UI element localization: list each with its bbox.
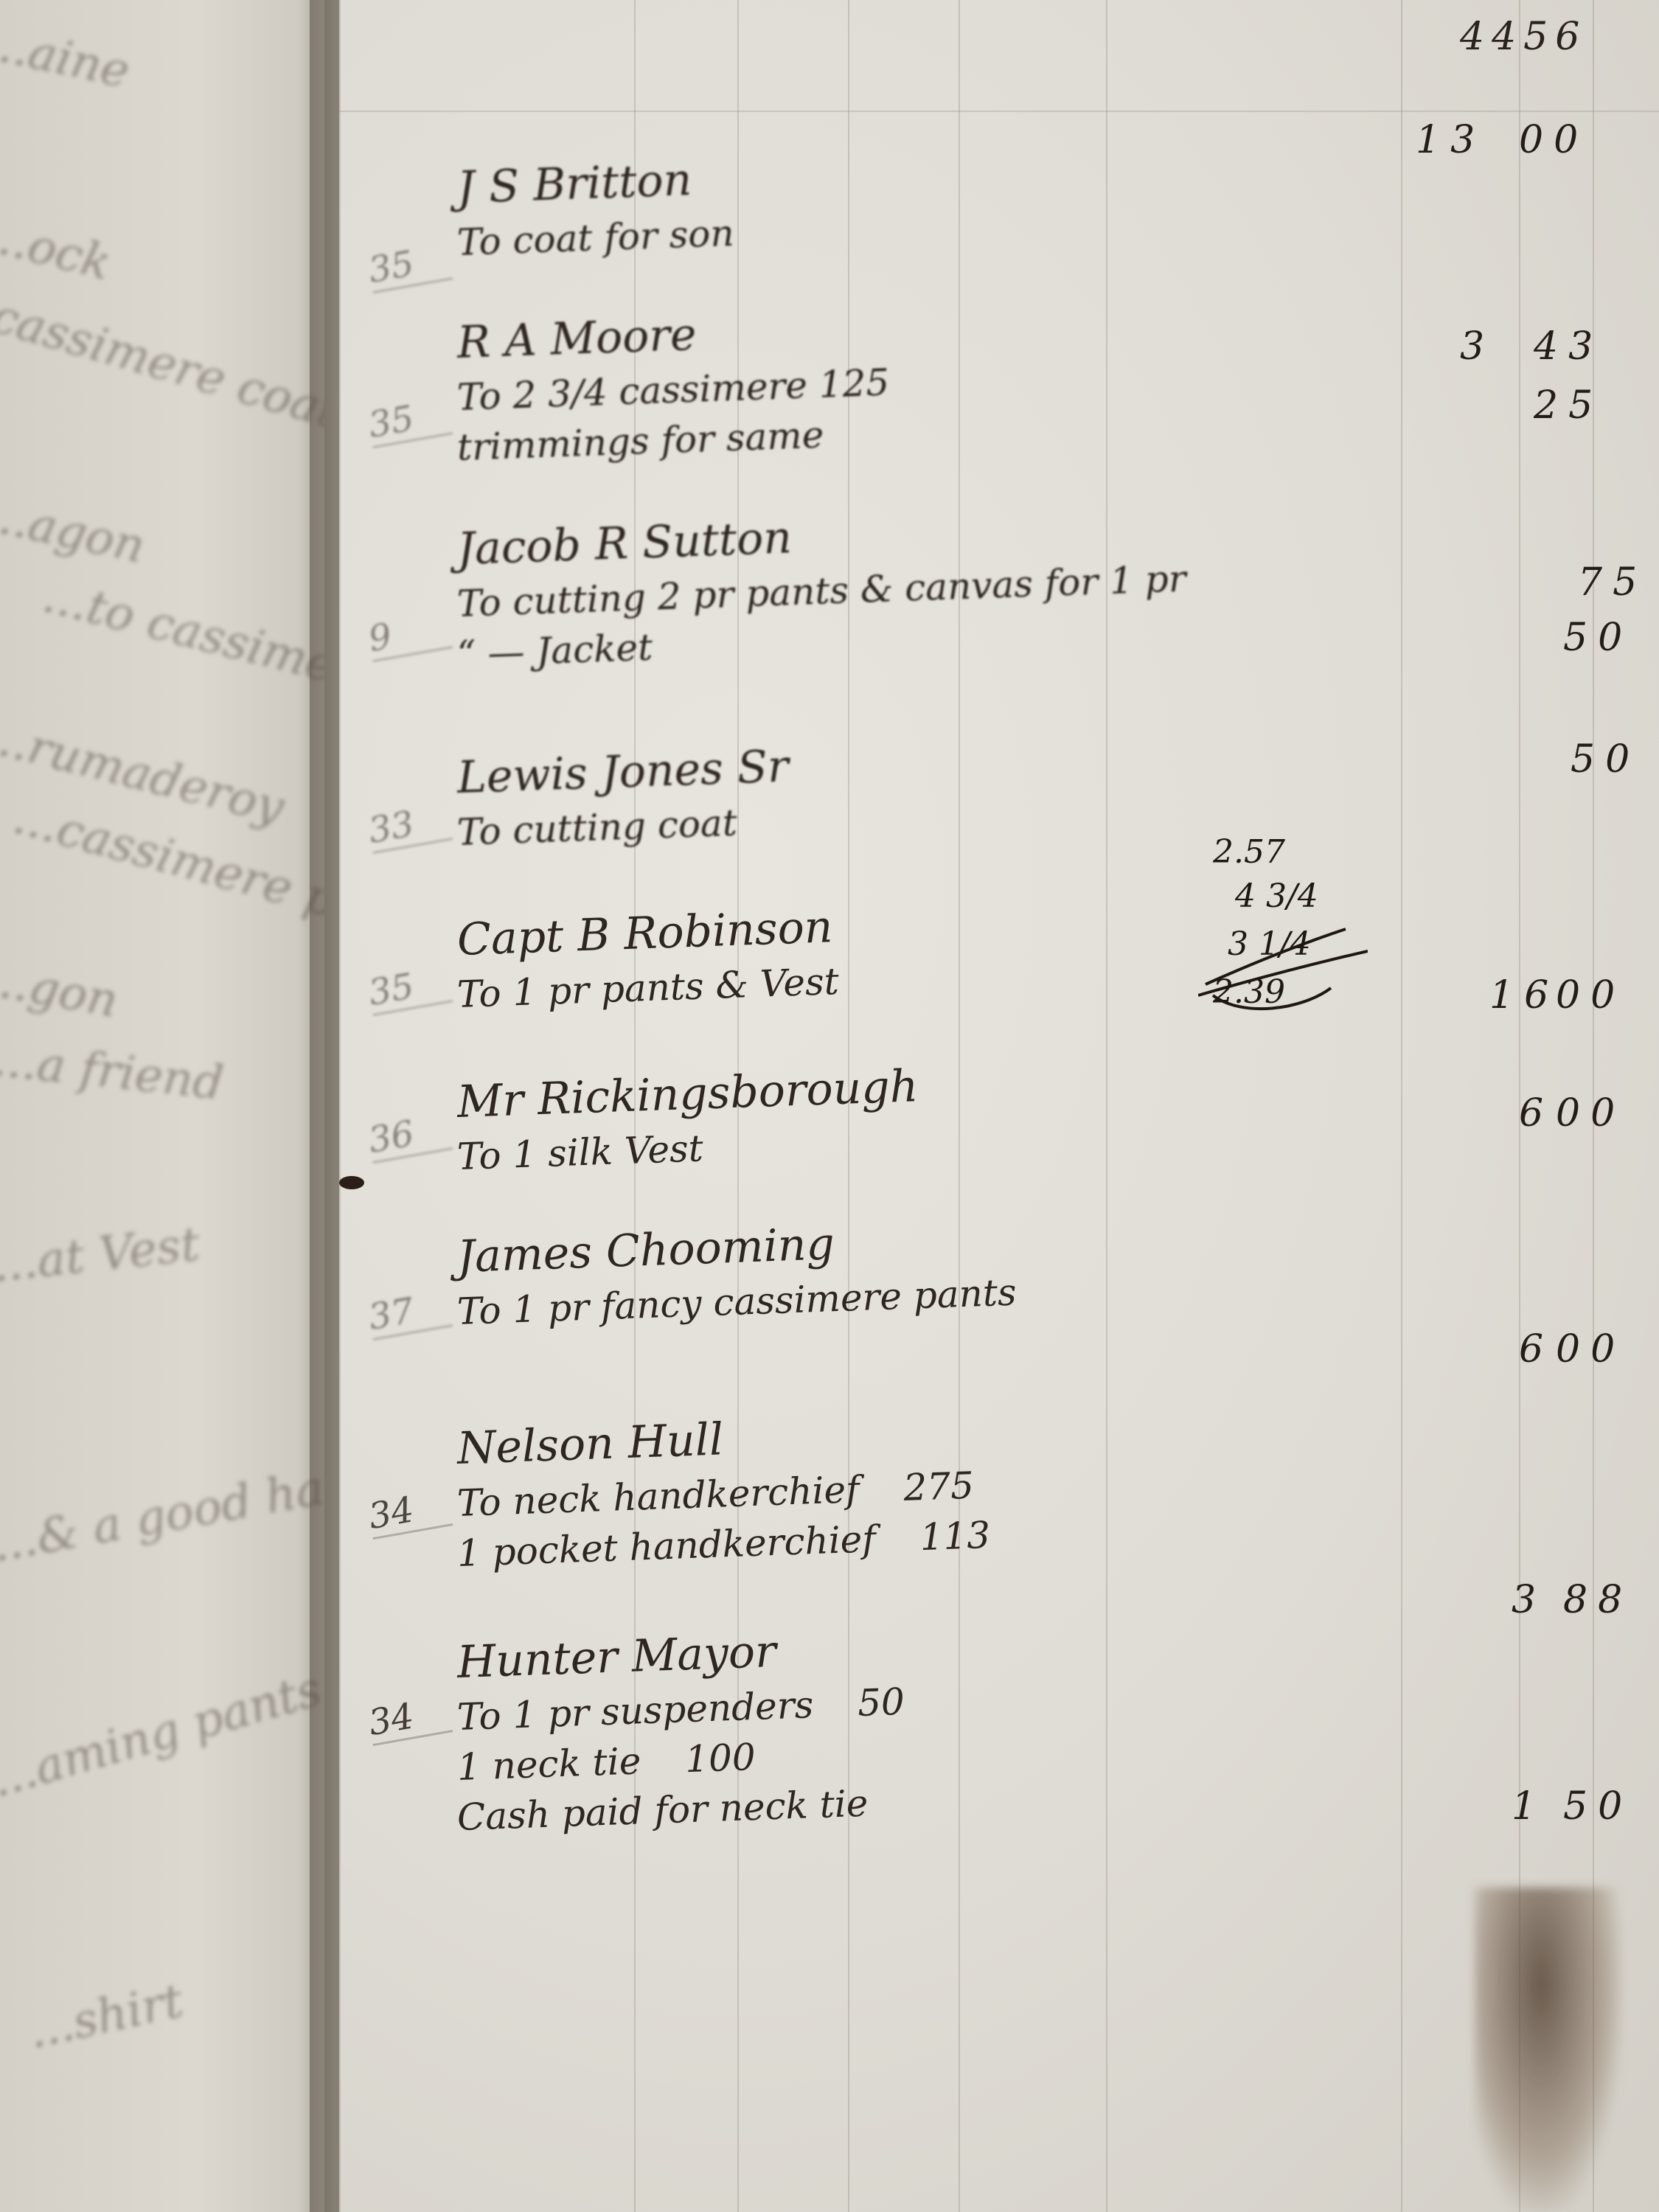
amount-cents: 00: [1556, 1327, 1625, 1371]
folio-number: 35: [366, 392, 453, 448]
item-line: To coat for son: [456, 212, 735, 264]
left-fragment: cassimere coat: [0, 288, 324, 439]
left-fragment: ...to cassimere pa: [38, 568, 324, 723]
ledger-entry: Lewis Jones Sr To cutting coat: [457, 752, 789, 854]
svg-text:4 3/4: 4 3/4: [1234, 877, 1318, 915]
amount-dollars: 3: [1512, 1578, 1546, 1622]
amount-cents: 50: [1571, 737, 1640, 782]
ink-stain: [1475, 1888, 1622, 2212]
ledger-entry: James Chooming To 1 pr fancy cassimere p…: [457, 1231, 1017, 1333]
item-amount: 50: [857, 1680, 905, 1725]
item-text: To neck handkerchief: [456, 1468, 860, 1525]
item-line: To 1 pr fancy cassimere pants: [456, 1271, 1017, 1333]
ledger-entry: J S Britton To coat for son: [457, 162, 734, 264]
amount-cents: 43: [1534, 324, 1603, 369]
left-fragment: ...at Vest: [0, 1217, 202, 1293]
amount-dollars: 13: [1416, 118, 1485, 162]
left-fragment: ...shirt: [24, 1974, 188, 2059]
amount-dollars: 1: [1512, 1784, 1546, 1829]
ledger-entry: Capt B Robinson To 1 pr pants & Vest: [457, 914, 839, 1016]
customer-name: Mr Rickingsborough: [456, 1060, 919, 1128]
item-line: To 1 pr suspenders50: [456, 1680, 905, 1739]
svg-text:2.39: 2.39: [1212, 973, 1285, 1011]
page-total: 4456: [1460, 15, 1587, 59]
item-line: trimmings for same: [456, 411, 890, 469]
customer-name: J S Britton: [456, 153, 735, 214]
item-line: Cash paid for neck tie: [456, 1781, 905, 1839]
amount-cents: 00: [1556, 1091, 1625, 1135]
item-line: To 1 silk Vest: [456, 1119, 919, 1178]
amount-cents: 25: [1534, 383, 1603, 428]
amount-cents: 88: [1563, 1578, 1632, 1622]
amount-cents: 00: [1556, 973, 1625, 1018]
amount-dollars: 16: [1489, 973, 1559, 1018]
left-fragment: ...ock: [0, 207, 116, 291]
amount-dollars: 3: [1460, 324, 1495, 369]
item-text: To 1 pr suspenders: [456, 1683, 814, 1739]
item-amount: 100: [684, 1736, 756, 1781]
svg-text:2.57: 2.57: [1212, 833, 1285, 871]
customer-name: Nelson Hull: [456, 1405, 991, 1475]
customer-name: Capt B Robinson: [456, 901, 840, 966]
left-fragment: ...gon: [0, 952, 122, 1029]
folio-number: 34: [366, 1689, 453, 1746]
item-amount: 113: [919, 1514, 991, 1559]
folio-number: 37: [366, 1284, 453, 1340]
folio-number: 35: [366, 237, 453, 293]
customer-name: R A Moore: [456, 302, 891, 369]
ledger-entry: Jacob R Sutton To cutting 2 pr pants & c…: [457, 524, 1186, 675]
left-fragment: ...aine: [0, 15, 134, 100]
item-amount: 275: [902, 1464, 974, 1509]
item-line: 1 neck tie100: [456, 1731, 905, 1789]
folio-number: 9: [366, 605, 453, 662]
item-text: 1 pocket handkerchief: [456, 1517, 877, 1575]
item-line: 1 pocket handkerchief113: [456, 1514, 991, 1575]
margin-calculation-scribble: 2.57 4 3/4 3 1/4 2.39: [1198, 826, 1368, 1025]
left-fragment: ...aming pants: [0, 1662, 324, 1808]
ink-blot: [339, 1176, 364, 1189]
ledger-entry: Hunter Mayor To 1 pr suspenders50 1 neck…: [457, 1637, 905, 1839]
item-line: To 1 pr pants & Vest: [456, 960, 840, 1016]
folio-number: 36: [366, 1107, 453, 1164]
amount-dollars: 6: [1519, 1091, 1554, 1135]
folio-number: 33: [366, 797, 453, 854]
item-line: To 2 3/4 cassimere 125: [456, 361, 890, 419]
customer-name: Hunter Mayor: [456, 1621, 905, 1688]
customer-name: James Chooming: [456, 1212, 1018, 1283]
left-fragment: ...a friend: [0, 1032, 226, 1110]
amount-cents: 50: [1563, 1784, 1632, 1829]
left-fragment: ...agon: [0, 487, 150, 574]
customer-name: Lewis Jones Sr: [456, 740, 790, 804]
folio-number: 34: [366, 1483, 453, 1540]
folio-number: 35: [366, 959, 453, 1016]
amount-dollars: 6: [1519, 1327, 1554, 1371]
amount-cents: 75: [1578, 560, 1647, 605]
amount-cents: 50: [1563, 616, 1632, 660]
amount-cents: 00: [1519, 118, 1588, 162]
ledger-entry: Mr Rickingsborough To 1 silk Vest: [457, 1077, 919, 1178]
ledger-entry: R A Moore To 2 3/4 cassimere 125 trimmin…: [457, 317, 889, 469]
item-text: 1 neck tie: [456, 1739, 641, 1789]
ledger-page: 4456 35 J S Britton To coat for son 13 0…: [339, 0, 1659, 2212]
left-fragment: ...& a good hat: [0, 1458, 324, 1573]
ledger-entry: Nelson Hull To neck handkerchief275 1 po…: [457, 1423, 990, 1575]
item-line: To cutting coat: [456, 799, 790, 854]
left-facing-page: ...aine ...ock cassimere coat ...agon ..…: [0, 0, 324, 2212]
